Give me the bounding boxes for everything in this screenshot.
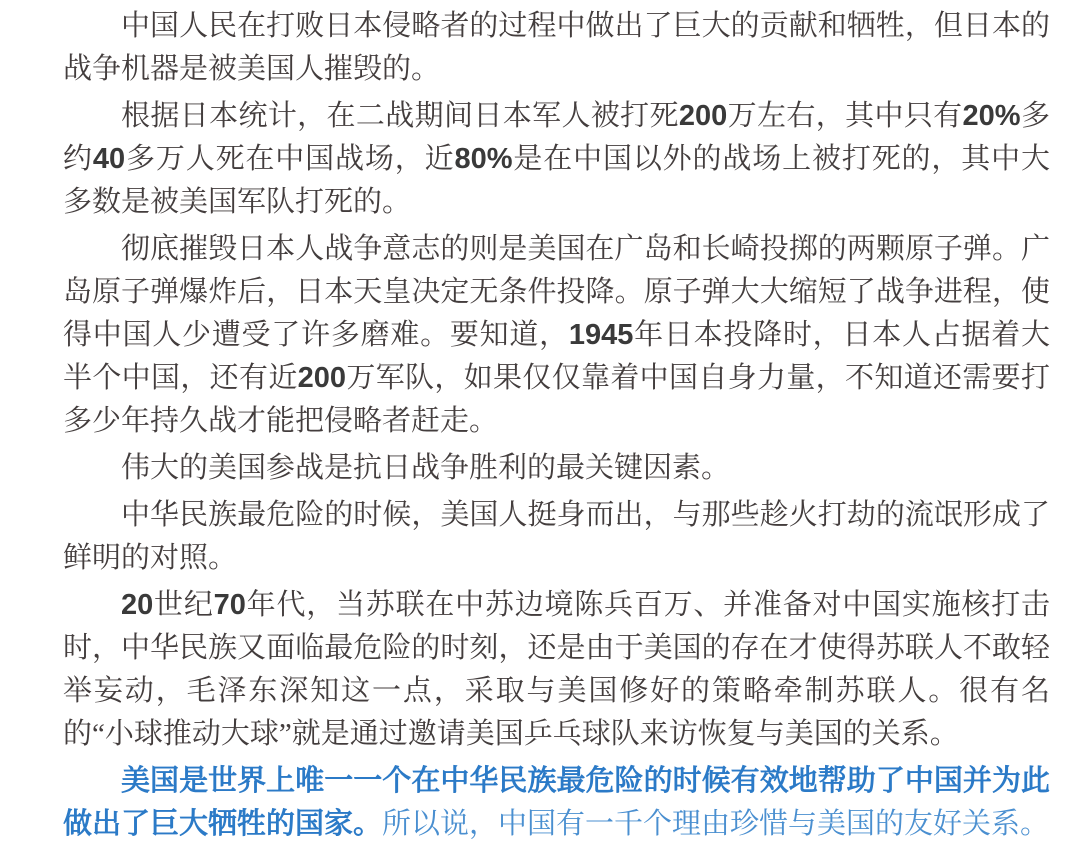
numeral: 70 (214, 589, 246, 621)
paragraph-conclusion: 美国是世界上唯一一个在中华民族最危险的时候有效地帮助了中国并为此做出了巨大牺牲的… (63, 760, 1050, 843)
text-segment: 中国人民在打败日本侵略者的过程中做出了巨大的贡献和牺牲，但日本的战争机器是被美国… (63, 10, 1050, 85)
text-segment: 中华民族最危险的时候，美国人挺身而出，与那些趁火打劫的流氓形成了鲜明的对照。 (63, 499, 1050, 574)
numeral: 20 (121, 589, 153, 621)
numeral: 40 (93, 143, 125, 175)
paragraph-4: 伟大的美国参战是抗日战争胜利的最关键因素。 (63, 447, 1050, 490)
numeral: 20% (963, 100, 1021, 132)
paragraph-1: 中国人民在打败日本侵略者的过程中做出了巨大的贡献和牺牲，但日本的战争机器是被美国… (63, 5, 1050, 91)
text-segment-blue: 所以说，中国有一千个理由珍惜与美国的友好关系。 (382, 808, 1049, 840)
paragraph-6: 20世纪70年代，当苏联在中苏边境陈兵百万、并准备对中国实施核打击时，中华民族又… (63, 584, 1050, 756)
numeral: 1945 (569, 319, 634, 351)
numeral: 80% (454, 143, 512, 175)
text-segment: 根据日本统计，在二战期间日本军人被打死200万左右，其中只有20%多约40多万人… (63, 100, 1050, 218)
paragraph-2: 根据日本统计，在二战期间日本军人被打死200万左右，其中只有20%多约40多万人… (63, 95, 1050, 224)
text-segment: 20世纪70年代，当苏联在中苏边境陈兵百万、并准备对中国实施核打击时，中华民族又… (63, 589, 1050, 750)
numeral: 200 (679, 100, 727, 132)
paragraph-5: 中华民族最危险的时候，美国人挺身而出，与那些趁火打劫的流氓形成了鲜明的对照。 (63, 494, 1050, 580)
text-segment: 伟大的美国参战是抗日战争胜利的最关键因素。 (121, 452, 730, 484)
text-segment: 彻底摧毁日本人战争意志的则是美国在广岛和长崎投掷的两颗原子弹。广岛原子弹爆炸后，… (63, 233, 1050, 437)
paragraph-3: 彻底摧毁日本人战争意志的则是美国在广岛和长崎投掷的两颗原子弹。广岛原子弹爆炸后，… (63, 228, 1050, 443)
numeral: 200 (298, 362, 346, 394)
article-body: 中国人民在打败日本侵略者的过程中做出了巨大的贡献和牺牲，但日本的战争机器是被美国… (63, 5, 1050, 843)
article-page: 中国人民在打败日本侵略者的过程中做出了巨大的贡献和牺牲，但日本的战争机器是被美国… (0, 0, 1080, 843)
